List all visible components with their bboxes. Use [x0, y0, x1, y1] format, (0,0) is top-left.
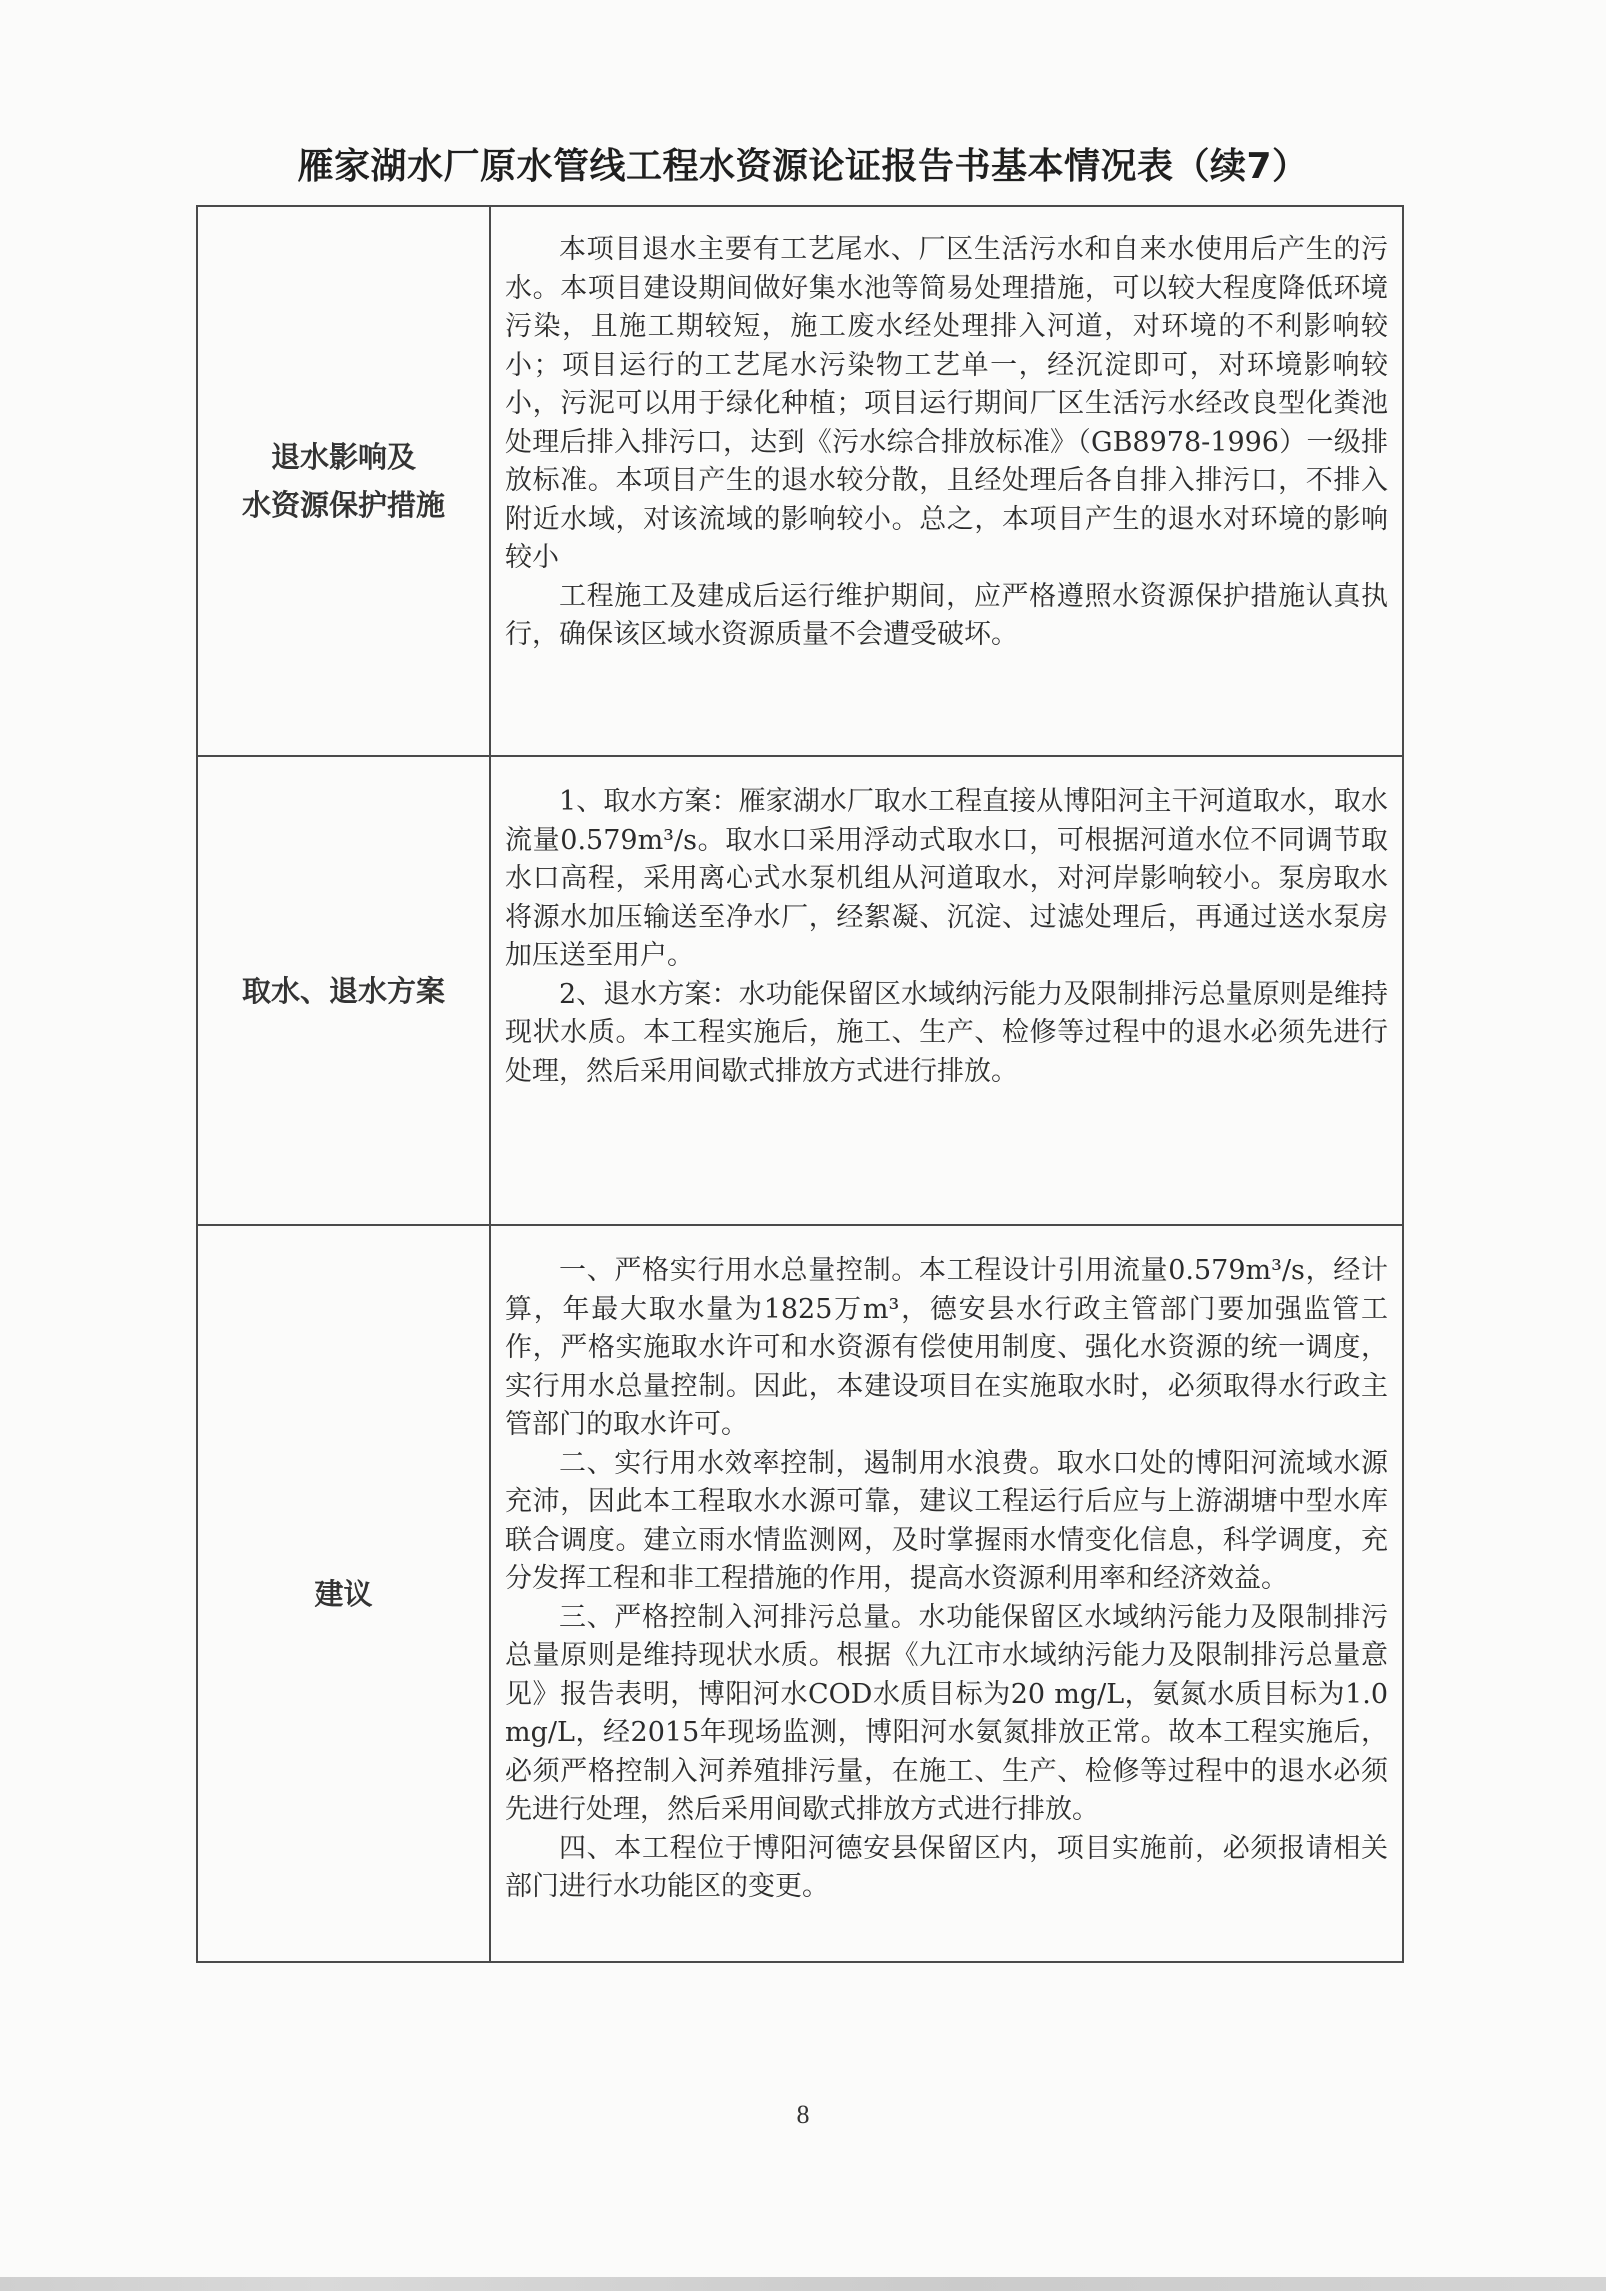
paragraph: 工程施工及建成后运行维护期间，应严格遵照水资源保护措施认真执行，确保该区域水资源… — [505, 578, 1388, 655]
paragraph: 三、严格控制入河排污总量。水功能保留区水域纳污能力及限制排污总量原则是维持现状水… — [505, 1599, 1388, 1830]
row-label-line: 水资源保护措施 — [242, 481, 445, 529]
paragraph: 1、取水方案：雁家湖水厂取水工程直接从博阳河主干河道取水，取水流量0.579m³… — [505, 783, 1388, 976]
row-label: 取水、退水方案 — [198, 757, 491, 1224]
table-row-discharge-impact: 退水影响及 水资源保护措施 本项目退水主要有工艺尾水、厂区生活污水和自来水使用后… — [198, 207, 1402, 757]
paragraph: 二、实行用水效率控制，遏制用水浪费。取水口处的博阳河流域水源充沛，因此本工程取水… — [505, 1445, 1388, 1599]
table-row-suggestions: 建议 一、严格实行用水总量控制。本工程设计引用流量0.579m³/s，经计算，年… — [198, 1226, 1402, 1961]
info-table: 退水影响及 水资源保护措施 本项目退水主要有工艺尾水、厂区生活污水和自来水使用后… — [196, 205, 1404, 1963]
row-label-line: 建议 — [314, 1570, 372, 1618]
row-content: 1、取水方案：雁家湖水厂取水工程直接从博阳河主干河道取水，取水流量0.579m³… — [491, 757, 1402, 1224]
row-label: 建议 — [198, 1226, 491, 1961]
row-label-line: 退水影响及 — [242, 433, 445, 481]
row-label-line: 取水、退水方案 — [242, 967, 445, 1015]
document-title: 雁家湖水厂原水管线工程水资源论证报告书基本情况表（续7） — [0, 138, 1606, 189]
paragraph: 本项目退水主要有工艺尾水、厂区生活污水和自来水使用后产生的污水。本项目建设期间做… — [505, 231, 1388, 578]
row-label: 退水影响及 水资源保护措施 — [198, 207, 491, 755]
paragraph: 四、本工程位于博阳河德安县保留区内，项目实施前，必须报请相关部门进行水功能区的变… — [505, 1830, 1388, 1907]
table-row-intake-discharge-plan: 取水、退水方案 1、取水方案：雁家湖水厂取水工程直接从博阳河主干河道取水，取水流… — [198, 757, 1402, 1226]
row-content: 本项目退水主要有工艺尾水、厂区生活污水和自来水使用后产生的污水。本项目建设期间做… — [491, 207, 1402, 755]
paragraph: 一、严格实行用水总量控制。本工程设计引用流量0.579m³/s，经计算，年最大取… — [505, 1252, 1388, 1445]
row-content: 一、严格实行用水总量控制。本工程设计引用流量0.579m³/s，经计算，年最大取… — [491, 1226, 1402, 1961]
paragraph: 2、退水方案：水功能保留区水域纳污能力及限制排污总量原则是维持现状水质。本工程实… — [505, 976, 1388, 1092]
scan-edge-band — [0, 2277, 1606, 2291]
page-number: 8 — [0, 2100, 1606, 2130]
